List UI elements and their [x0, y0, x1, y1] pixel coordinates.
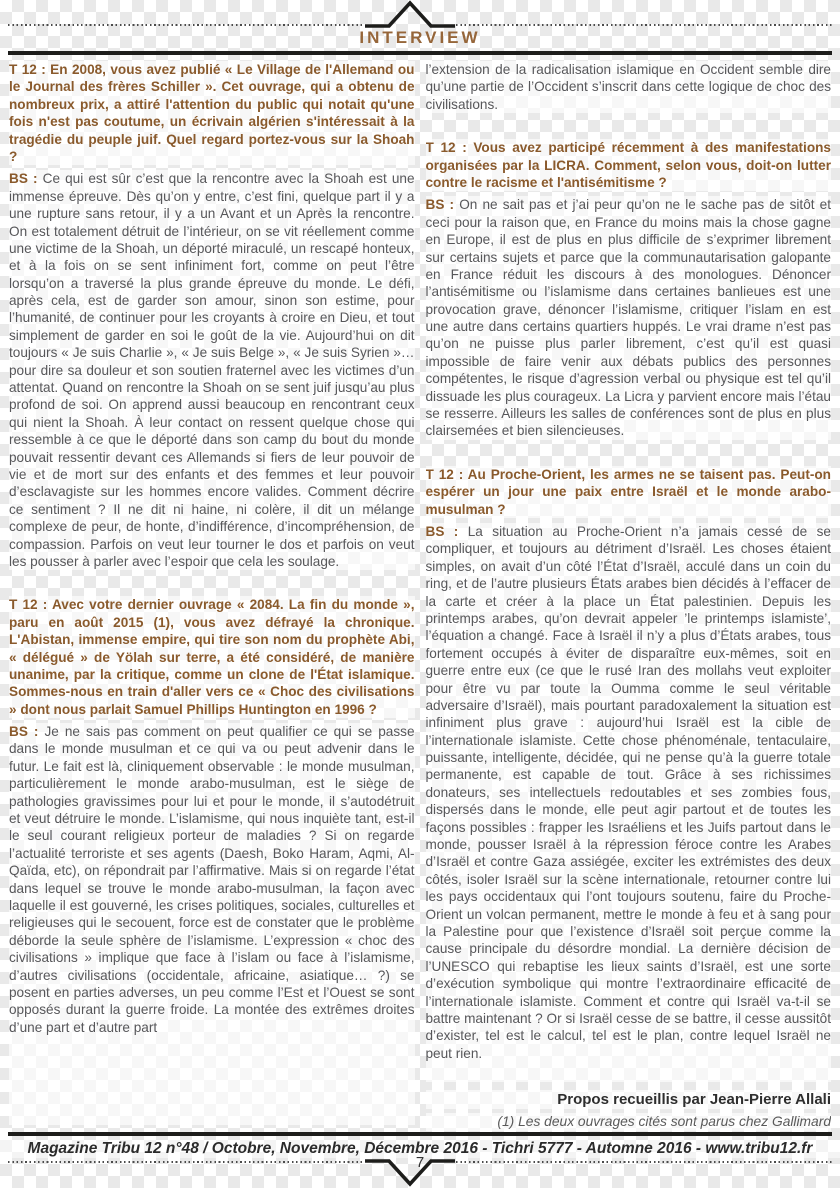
- question-text: En 2008, vous avez publié « Le Village d…: [9, 62, 415, 164]
- footnote: (1) Les deux ouvrages cités sont parus c…: [426, 1113, 832, 1131]
- question-paragraph: T 12 : Au Proche-Orient, les armes ne se…: [426, 466, 832, 518]
- header-dotted-line-right: [456, 24, 832, 26]
- answer-paragraph: BS : Je ne sais pas comment on peut qual…: [9, 723, 415, 1125]
- question-prefix: T 12 :: [9, 597, 47, 612]
- right-column: l’extension de la radicalisation islamiq…: [426, 61, 832, 1131]
- answer-text: Ce qui est sûr c’est que la rencontre av…: [9, 171, 415, 569]
- footer-rule: [8, 1132, 832, 1136]
- question-text: Avec votre dernier ouvrage « 2084. La fi…: [9, 597, 415, 716]
- section-title: INTERVIEW: [0, 28, 840, 48]
- continuation-paragraph: l’extension de la radicalisation islamiq…: [426, 61, 832, 113]
- answer-paragraph: BS : On ne sait pas et j’ai peur qu’on n…: [426, 196, 832, 439]
- question-paragraph: T 12 : En 2008, vous avez publié « Le Vi…: [9, 61, 415, 165]
- magazine-page: INTERVIEW T 12 : En 2008, vous avez publ…: [0, 0, 840, 1188]
- page-footer: Magazine Tribu 12 n°48 / Octobre, Novemb…: [0, 1132, 840, 1188]
- star-point-top-icon: [364, 0, 456, 30]
- question-prefix: T 12 :: [426, 140, 467, 155]
- answer-prefix: BS :: [426, 524, 459, 539]
- question-text: Vous avez participé récemment à des mani…: [426, 140, 832, 190]
- interview-body: T 12 : En 2008, vous avez publié « Le Vi…: [9, 61, 831, 1131]
- page-number: 7: [0, 1154, 840, 1171]
- question-paragraph: T 12 : Avec votre dernier ouvrage « 2084…: [9, 596, 415, 718]
- header-rule: [8, 51, 832, 55]
- continuation-text: l’extension de la radicalisation islamiq…: [426, 62, 832, 112]
- answer-paragraph: BS : Ce qui est sûr c’est que la rencont…: [9, 170, 415, 570]
- question-paragraph: T 12 : Vous avez participé récemment à d…: [426, 139, 832, 191]
- answer-prefix: BS :: [426, 197, 455, 212]
- answer-text: Je ne sais pas comment on peut qualifier…: [9, 724, 415, 1035]
- answer-text: La situation au Proche-Orient n’a jamais…: [426, 524, 832, 1061]
- question-prefix: T 12 :: [426, 467, 464, 482]
- answer-paragraph: BS : La situation au Proche-Orient n’a j…: [426, 523, 832, 1082]
- answer-text: On ne sait pas et j’ai peur qu’on ne le …: [426, 197, 832, 438]
- answer-prefix: BS :: [9, 724, 38, 739]
- left-column: T 12 : En 2008, vous avez publié « Le Vi…: [9, 61, 415, 1131]
- question-text: Au Proche-Orient, les armes ne se taisen…: [426, 467, 832, 517]
- header-dotted-line-left: [8, 24, 364, 26]
- answer-prefix: BS :: [9, 171, 38, 186]
- question-prefix: T 12 :: [9, 62, 46, 77]
- byline: Propos recueillis par Jean-Pierre Allali: [426, 1090, 832, 1109]
